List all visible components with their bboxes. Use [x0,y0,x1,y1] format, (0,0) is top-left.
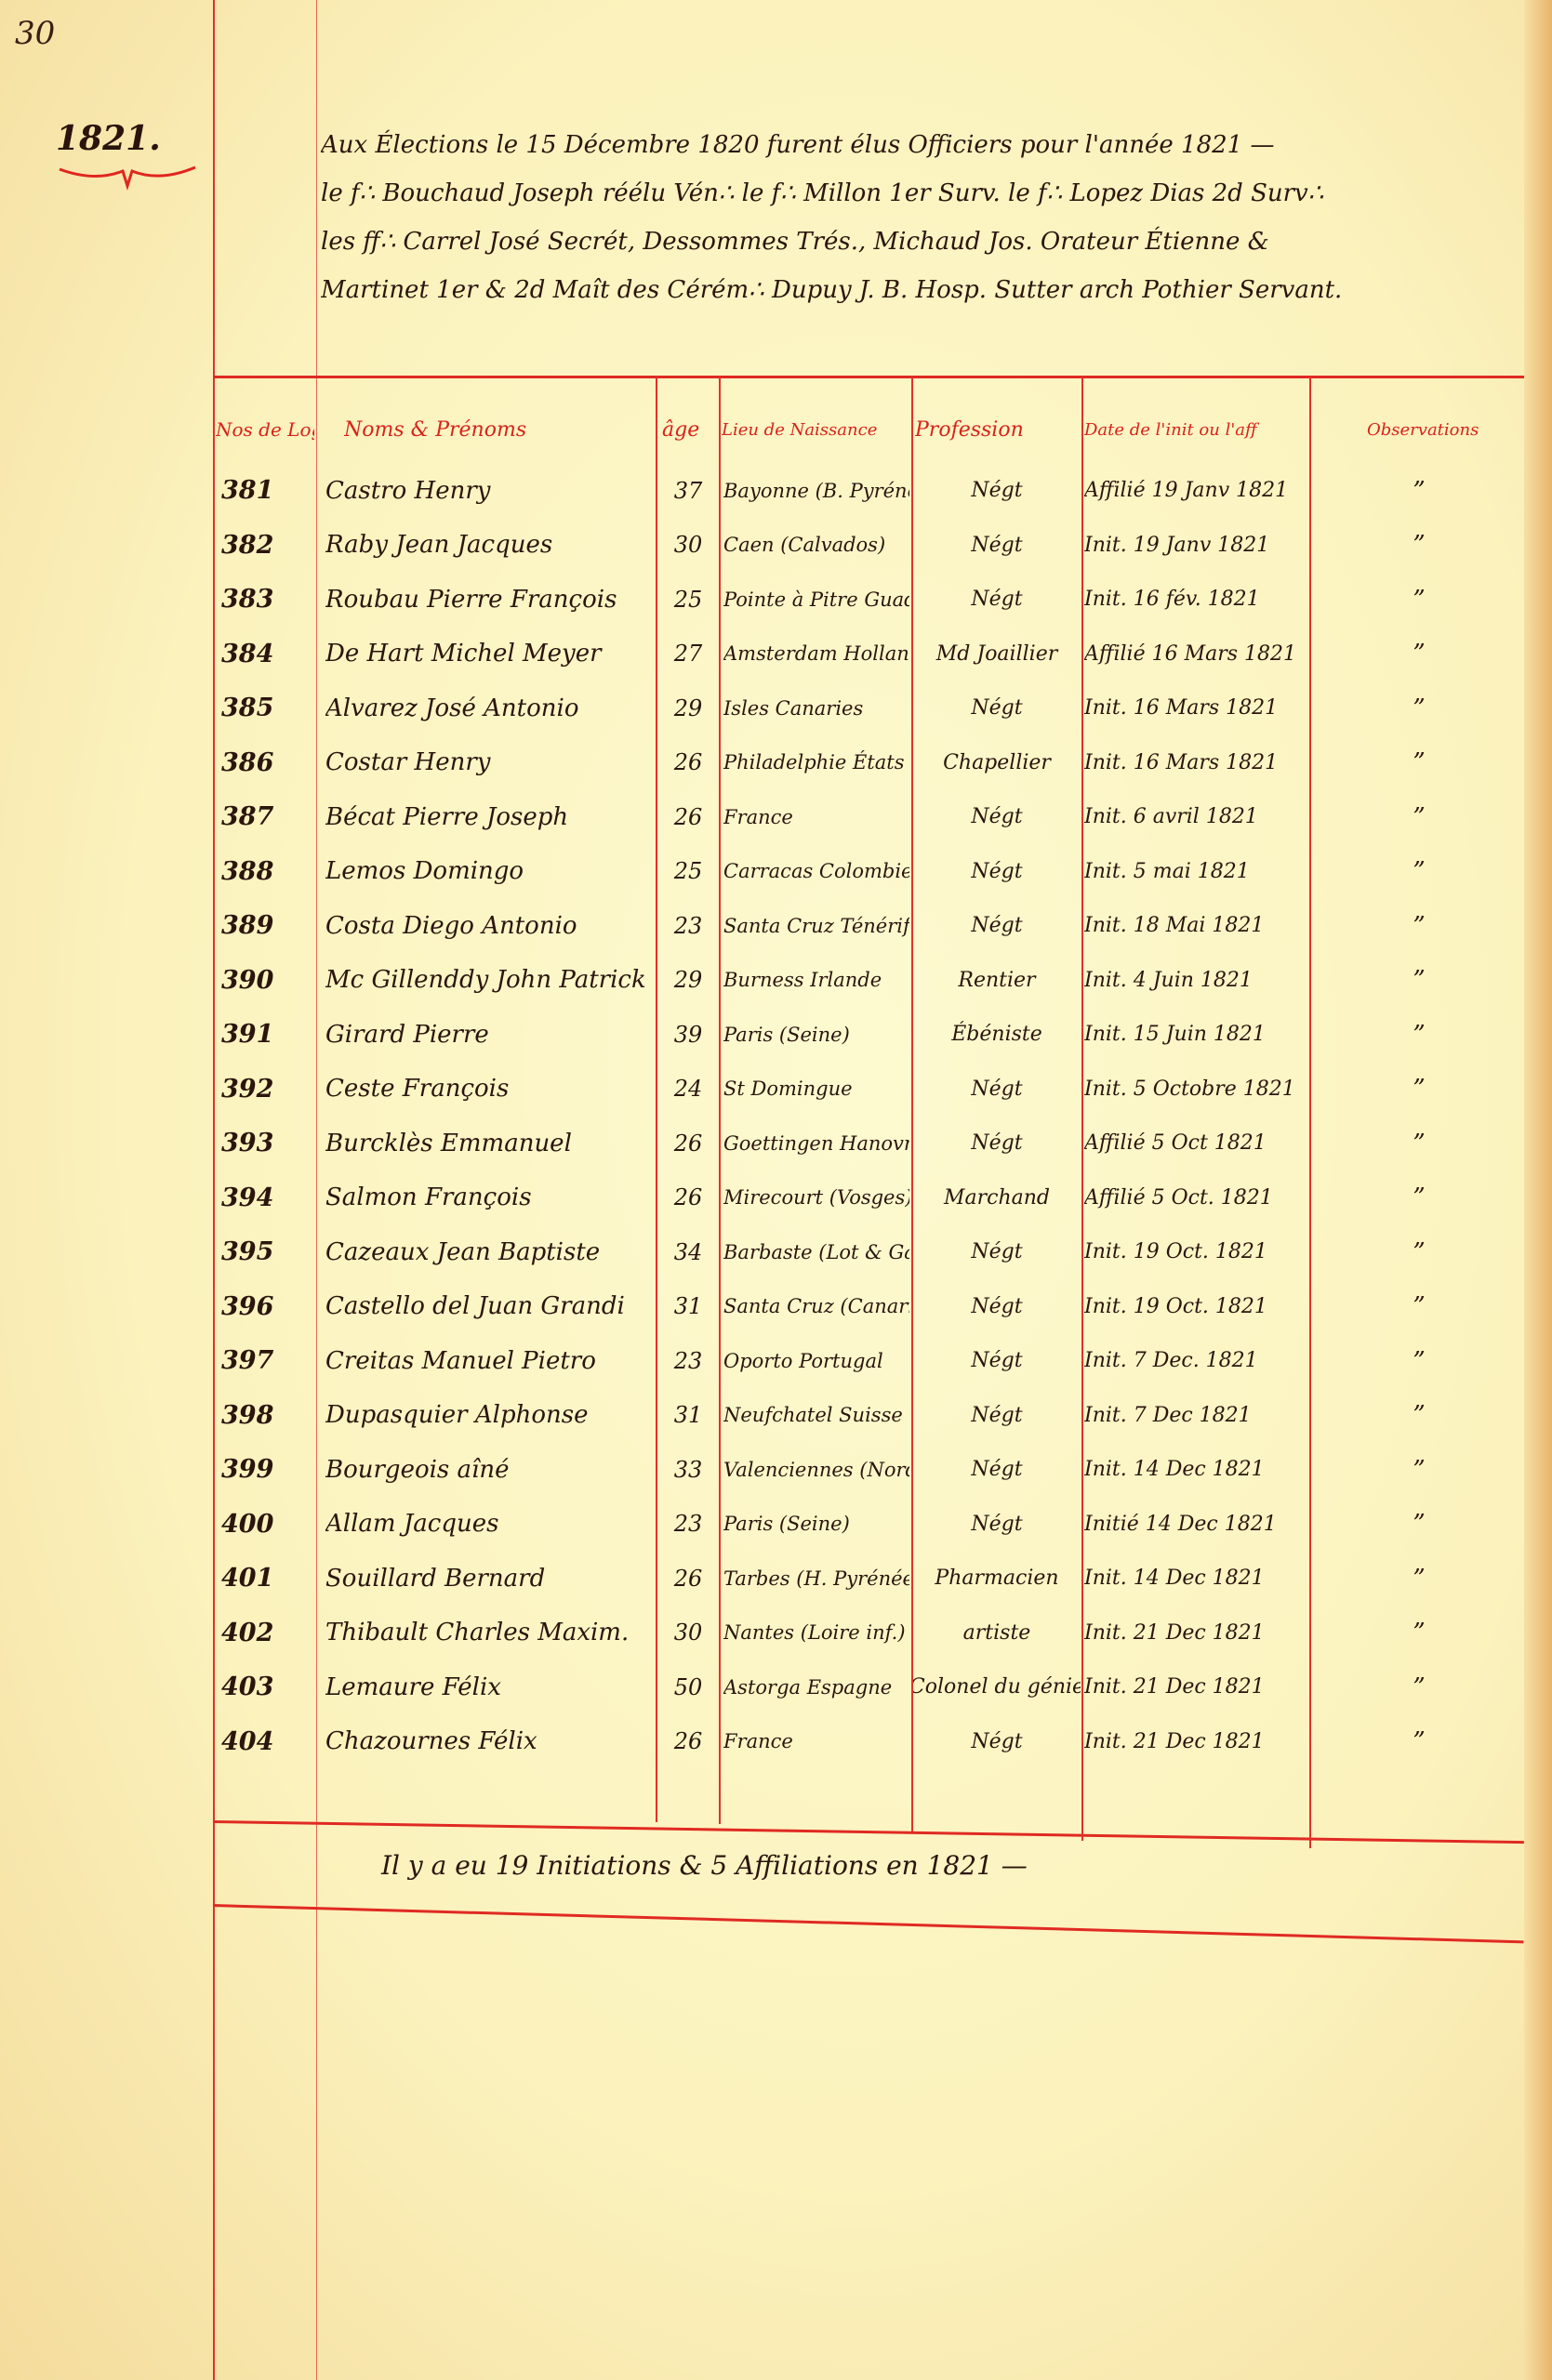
header-profession: Profession [915,409,1079,450]
entry-age: 26 [660,1117,716,1169]
entry-number: 400 [221,1499,314,1550]
entry-name: Costar Henry [325,737,656,788]
entry-observations: ” [1313,791,1525,842]
header-date: Date de l'init ou l'aff [1084,409,1307,450]
entry-number: 402 [221,1607,314,1659]
entry-name: Souillard Bernard [325,1553,656,1604]
entry-name: Mc Gillenddy John Patrick [325,955,656,1006]
entry-observations: ” [1313,1009,1525,1060]
table-row: 381Castro Henry37Bayonne (B. Pyrénées)Né… [214,465,1525,516]
entry-number: 386 [221,737,314,788]
entry-profession: Négt [913,1444,1081,1495]
entry-name: Dupasquier Alphonse [325,1390,656,1441]
election-preamble: Aux Élections le 15 Décembre 1820 furent… [321,121,1520,314]
entry-profession: Négt [913,1064,1081,1115]
entry-observations: ” [1313,520,1525,571]
table-row: 382Raby Jean Jacques30Caen (Calvados)Nég… [214,520,1525,571]
table-row: 390Mc Gillenddy John Patrick29Burness Ir… [214,955,1525,1006]
page-number: 30 [15,15,55,52]
entry-birthplace: Nantes (Loire inf.) [723,1607,909,1659]
entry-age: 26 [660,1553,716,1604]
table-row: 401Souillard Bernard26Tarbes (H. Pyrénée… [214,1553,1525,1604]
entry-profession: Négt [913,682,1081,734]
entry-name: Ceste François [325,1064,656,1115]
entry-profession: Md Joaillier [913,628,1081,680]
entry-observations: ” [1313,1117,1525,1169]
entry-observations: ” [1313,574,1525,625]
entry-observations: ” [1313,1716,1525,1767]
entry-number: 394 [221,1172,314,1223]
table-row: 395Cazeaux Jean Baptiste34Barbaste (Lot … [214,1226,1525,1277]
entry-profession: Colonel du génie [913,1661,1081,1712]
entry-observations: ” [1313,1335,1525,1386]
entry-name: De Hart Michel Meyer [325,628,656,680]
entry-profession: Négt [913,1335,1081,1386]
entry-observations: ” [1313,737,1525,788]
entry-date: Init. 19 Oct. 1821 [1084,1281,1309,1332]
entry-number: 388 [221,846,314,897]
preamble-line: Aux Élections le 15 Décembre 1820 furent… [321,121,1520,169]
year-heading: 1821. [56,119,161,158]
entry-birthplace: France [723,1716,909,1767]
entry-observations: ” [1313,1064,1525,1115]
entry-age: 31 [660,1390,716,1441]
entry-date: Init. 6 avril 1821 [1084,791,1309,842]
entry-name: Alvarez José Antonio [325,682,656,734]
entry-observations: ” [1313,1444,1525,1495]
entry-birthplace: Goettingen Hanovre [723,1117,909,1169]
entry-observations: ” [1313,900,1525,951]
table-row: 402Thibault Charles Maxim.30Nantes (Loir… [214,1607,1525,1659]
entry-birthplace: Philadelphie États Unis [723,737,909,788]
header-birthplace: Lieu de Naissance [722,409,909,450]
entry-birthplace: Paris (Seine) [723,1009,909,1060]
entry-profession: Pharmacien [913,1553,1081,1604]
entry-observations: ” [1313,955,1525,1006]
entry-age: 30 [660,520,716,571]
entry-age: 26 [660,791,716,842]
year-underline-brace [58,164,197,192]
entry-profession: Rentier [913,955,1081,1006]
entry-birthplace: Neufchatel Suisse [723,1390,909,1441]
entry-age: 30 [660,1607,716,1659]
header-name: Noms & Prénoms [344,409,651,450]
entry-name: Girard Pierre [325,1009,656,1060]
table-row: 384De Hart Michel Meyer27Amsterdam Holla… [214,628,1525,680]
table-row: 389Costa Diego Antonio23Santa Cruz Ténér… [214,900,1525,951]
entry-birthplace: Amsterdam Hollande [723,628,909,680]
entry-number: 383 [221,574,314,625]
entry-observations: ” [1313,628,1525,680]
entry-name: Raby Jean Jacques [325,520,656,571]
entry-birthplace: Astorga Espagne [723,1661,909,1712]
entry-number: 398 [221,1390,314,1441]
table-row: 387Bécat Pierre Joseph26FranceNégtInit. … [214,791,1525,842]
entry-profession: artiste [913,1607,1081,1659]
table-row: 400Allam Jacques23Paris (Seine)NégtIniti… [214,1499,1525,1550]
header-rule [213,376,1524,378]
entry-birthplace: Bayonne (B. Pyrénées) [723,465,909,516]
entry-number: 401 [221,1553,314,1604]
entry-birthplace: Caen (Calvados) [723,520,909,571]
entry-birthplace: Oporto Portugal [723,1335,909,1386]
table-row: 396Castello del Juan Grandi31Santa Cruz … [214,1281,1525,1332]
entry-name: Castro Henry [325,465,656,516]
entry-date: Init. 4 Juin 1821 [1084,955,1309,1006]
table-row: 386Costar Henry26Philadelphie États Unis… [214,737,1525,788]
table-row: 393Burcklès Emmanuel26Goettingen Hanovre… [214,1117,1525,1169]
entry-date: Init. 16 fév. 1821 [1084,574,1309,625]
entry-birthplace: Pointe à Pitre Guadeloupe [723,574,909,625]
entry-name: Roubau Pierre François [325,574,656,625]
entry-age: 24 [660,1064,716,1115]
entry-age: 37 [660,465,716,516]
entry-birthplace: Paris (Seine) [723,1499,909,1550]
entry-number: 387 [221,791,314,842]
entry-birthplace: Isles Canaries [723,682,909,734]
entry-profession: Négt [913,1499,1081,1550]
entry-age: 50 [660,1661,716,1712]
entry-date: Init. 7 Dec. 1821 [1084,1335,1309,1386]
entry-birthplace: Valenciennes (Nord) [723,1444,909,1495]
entry-number: 395 [221,1226,314,1277]
table-row: 394Salmon François26Mirecourt (Vosges)Ma… [214,1172,1525,1223]
entry-birthplace: Tarbes (H. Pyrénées) [723,1553,909,1604]
entry-profession: Négt [913,1390,1081,1441]
entry-birthplace: France [723,791,909,842]
header-number: Nos de Loge [216,409,314,450]
summary-bottom-rule [213,1904,1524,1943]
entry-age: 26 [660,1716,716,1767]
entry-number: 381 [221,465,314,516]
entry-profession: Chapellier [913,737,1081,788]
table-bottom-rule [213,1820,1524,1844]
entry-observations: ” [1313,1661,1525,1712]
entry-observations: ” [1313,1226,1525,1277]
entry-profession: Marchand [913,1172,1081,1223]
table-row: 391Girard Pierre39Paris (Seine)ÉbénisteI… [214,1009,1525,1060]
table-row: 403Lemaure Félix50Astorga EspagneColonel… [214,1661,1525,1712]
entry-name: Cazeaux Jean Baptiste [325,1226,656,1277]
entry-name: Bourgeois aîné [325,1444,656,1495]
entry-name: Castello del Juan Grandi [325,1281,656,1332]
entry-profession: Négt [913,465,1081,516]
entry-number: 393 [221,1117,314,1169]
entry-birthplace: Mirecourt (Vosges) [723,1172,909,1223]
header-age: âge [662,409,716,450]
entry-date: Init. 21 Dec 1821 [1084,1716,1309,1767]
entry-age: 25 [660,574,716,625]
entry-date: Init. 14 Dec 1821 [1084,1444,1309,1495]
entry-age: 31 [660,1281,716,1332]
entry-age: 25 [660,846,716,897]
entry-age: 29 [660,955,716,1006]
entry-name: Bécat Pierre Joseph [325,791,656,842]
entry-date: Initié 14 Dec 1821 [1084,1499,1309,1550]
entry-name: Chazournes Félix [325,1716,656,1767]
entry-number: 403 [221,1661,314,1712]
entry-name: Lemos Domingo [325,846,656,897]
entry-date: Affilié 5 Oct. 1821 [1084,1172,1309,1223]
entry-profession: Négt [913,1226,1081,1277]
entry-name: Thibault Charles Maxim. [325,1607,656,1659]
entry-name: Costa Diego Antonio [325,900,656,951]
entry-number: 397 [221,1335,314,1386]
entry-date: Init. 21 Dec 1821 [1084,1661,1309,1712]
table-row: 385Alvarez José Antonio29Isles CanariesN… [214,682,1525,734]
entry-name: Burcklès Emmanuel [325,1117,656,1169]
entry-birthplace: Barbaste (Lot & Garonne) [723,1226,909,1277]
entry-number: 392 [221,1064,314,1115]
entry-profession: Négt [913,520,1081,571]
entry-date: Init. 19 Oct. 1821 [1084,1226,1309,1277]
table-row: 404Chazournes Félix26FranceNégtInit. 21 … [214,1716,1525,1767]
entry-profession: Négt [913,846,1081,897]
entry-profession: Négt [913,1716,1081,1767]
entry-profession: Négt [913,1281,1081,1332]
entry-name: Salmon François [325,1172,656,1223]
entry-number: 385 [221,682,314,734]
entry-date: Init. 16 Mars 1821 [1084,737,1309,788]
entry-date: Init. 5 mai 1821 [1084,846,1309,897]
entry-observations: ” [1313,682,1525,734]
entry-date: Init. 14 Dec 1821 [1084,1553,1309,1604]
entry-date: Init. 21 Dec 1821 [1084,1607,1309,1659]
entry-date: Affilié 5 Oct 1821 [1084,1117,1309,1169]
entry-number: 404 [221,1716,314,1767]
table-row: 388Lemos Domingo25Carracas ColombieNégtI… [214,846,1525,897]
entry-age: 26 [660,1172,716,1223]
table-row: 399Bourgeois aîné33Valenciennes (Nord)Né… [214,1444,1525,1495]
ledger-page: 30 1821. Aux Élections le 15 Décembre 18… [0,0,1552,2380]
table-row: 397Creitas Manuel Pietro23Oporto Portuga… [214,1335,1525,1386]
entry-number: 382 [221,520,314,571]
entry-age: 39 [660,1009,716,1060]
entry-age: 23 [660,900,716,951]
entry-number: 389 [221,900,314,951]
entry-number: 399 [221,1444,314,1495]
header-observations: Observations [1367,409,1516,450]
entry-observations: ” [1313,465,1525,516]
entry-age: 29 [660,682,716,734]
entry-age: 27 [660,628,716,680]
entry-profession: Négt [913,791,1081,842]
entry-age: 26 [660,737,716,788]
entry-birthplace: Santa Cruz Ténérif. [723,900,909,951]
entry-birthplace: Carracas Colombie [723,846,909,897]
entry-observations: ” [1313,1281,1525,1332]
entry-birthplace: Burness Irlande [723,955,909,1006]
entry-date: Init. 5 Octobre 1821 [1084,1064,1309,1115]
entry-birthplace: St Domingue [723,1064,909,1115]
entry-date: Init. 16 Mars 1821 [1084,682,1309,734]
entry-number: 396 [221,1281,314,1332]
entry-age: 33 [660,1444,716,1495]
entry-birthplace: Santa Cruz (Canaries) [723,1281,909,1332]
entry-age: 23 [660,1335,716,1386]
entry-date: Init. 15 Juin 1821 [1084,1009,1309,1060]
entry-observations: ” [1313,1499,1525,1550]
entry-observations: ” [1313,1607,1525,1659]
entry-profession: Négt [913,900,1081,951]
entry-profession: Négt [913,1117,1081,1169]
entry-date: Init. 18 Mai 1821 [1084,900,1309,951]
entry-date: Affilié 16 Mars 1821 [1084,628,1309,680]
entry-age: 34 [660,1226,716,1277]
entry-profession: Ébéniste [913,1009,1081,1060]
entry-name: Creitas Manuel Pietro [325,1335,656,1386]
annual-summary: Il y a eu 19 Initiations & 5 Affiliation… [381,1850,1311,1881]
entry-number: 391 [221,1009,314,1060]
entry-date: Init. 7 Dec 1821 [1084,1390,1309,1441]
entry-date: Affilié 19 Janv 1821 [1084,465,1309,516]
entry-date: Init. 19 Janv 1821 [1084,520,1309,571]
page-edge [1524,0,1552,2380]
entry-number: 384 [221,628,314,680]
table-row: 398Dupasquier Alphonse31Neufchatel Suiss… [214,1390,1525,1441]
entry-number: 390 [221,955,314,1006]
preamble-line: Martinet 1er & 2d Maît des Cérém∴ Dupuy … [321,266,1520,314]
entry-profession: Négt [913,574,1081,625]
table-row: 383Roubau Pierre François25Pointe à Pitr… [214,574,1525,625]
preamble-line: le f∴ Bouchaud Joseph réélu Vén∴ le f∴ M… [321,169,1520,218]
entry-name: Allam Jacques [325,1499,656,1550]
entry-name: Lemaure Félix [325,1661,656,1712]
entry-observations: ” [1313,1553,1525,1604]
entry-observations: ” [1313,1390,1525,1441]
entry-observations: ” [1313,846,1525,897]
entry-observations: ” [1313,1172,1525,1223]
table-row: 392Ceste François24St DomingueNégtInit. … [214,1064,1525,1115]
entry-age: 23 [660,1499,716,1550]
preamble-line: les ff∴ Carrel José Secrét, Dessommes Tr… [321,218,1520,266]
